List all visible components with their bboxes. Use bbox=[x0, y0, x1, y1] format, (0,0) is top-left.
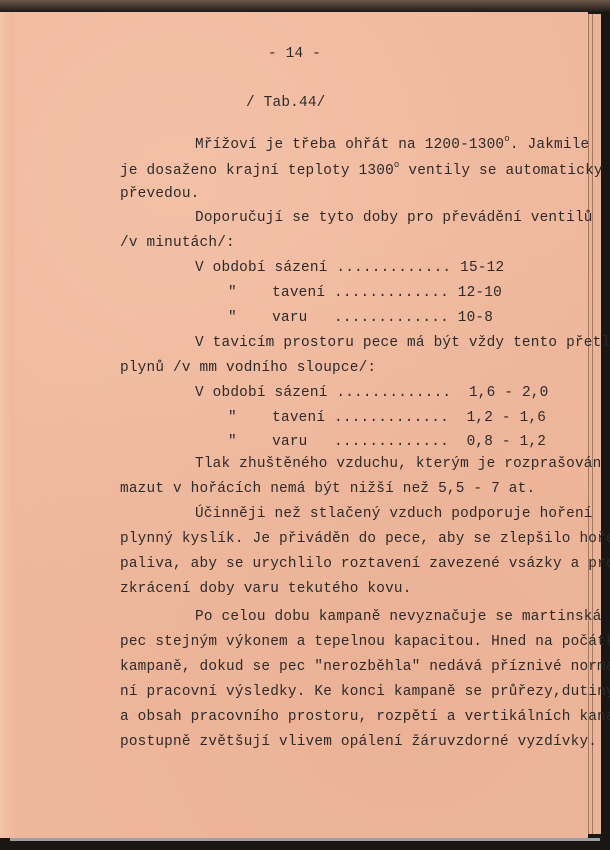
paragraph-6-line-1: Po celou dobu kampaně nevyznačuje se mar… bbox=[195, 609, 601, 625]
paragraph-6-line-4: ní pracovní výsledky. Ke konci kampaně s… bbox=[120, 684, 610, 700]
row-value: 10-8 bbox=[458, 310, 493, 326]
row-label: V období sázení bbox=[195, 260, 328, 276]
paragraph-2-line-2: /v minutách/: bbox=[120, 235, 235, 251]
paragraph-6-line-2: pec stejným výkonem a tepelnou kapacitou… bbox=[120, 634, 610, 650]
scan-top-border bbox=[0, 0, 610, 12]
dot-leader: ............. bbox=[334, 434, 449, 450]
dot-leader: ............. bbox=[334, 410, 449, 426]
dot-leader: ............. bbox=[336, 260, 451, 276]
pressure-row: " varu ............. 0,8 - 1,2 bbox=[228, 434, 546, 450]
pressure-row: " tavení ............. 1,2 - 1,6 bbox=[228, 410, 546, 426]
row-label: " varu bbox=[228, 310, 308, 326]
row-value: 0,8 - 1,2 bbox=[467, 434, 547, 450]
paragraph-6-line-3: kampaně, dokud se pec "nerozběhla" nedáv… bbox=[120, 659, 610, 675]
paragraph-2-line-1: Doporučují se tyto doby pro převádění ve… bbox=[195, 210, 593, 226]
paragraph-1-line-1: Mřížoví je třeba ohřát na 1200-1300o. Ja… bbox=[195, 134, 589, 153]
paragraph-6-line-6: postupně zvětšují vlivem opálení žáruvzd… bbox=[120, 734, 597, 750]
dot-leader: ............. bbox=[334, 285, 449, 301]
valve-time-row: " varu ............. 10-8 bbox=[228, 310, 493, 326]
text-run: ventily se automaticky bbox=[400, 163, 603, 179]
text-run: . Jakmile bbox=[510, 137, 590, 153]
paragraph-3-line-1: V tavicím prostoru pece má být vždy tent… bbox=[195, 335, 610, 351]
paragraph-5-line-4: zkrácení doby varu tekutého kovu. bbox=[120, 581, 412, 597]
row-value: 12-10 bbox=[458, 285, 502, 301]
row-label: " tavení bbox=[228, 285, 325, 301]
page-number: - 14 - bbox=[268, 46, 321, 62]
paragraph-3-line-2: plynů /v mm vodního sloupce/: bbox=[120, 360, 376, 376]
paragraph-1-line-3: převedou. bbox=[120, 186, 200, 202]
row-label: V období sázení bbox=[195, 385, 328, 401]
row-value: 15-12 bbox=[460, 260, 504, 276]
page-left-edge bbox=[0, 12, 14, 838]
row-value: 1,6 - 2,0 bbox=[469, 385, 549, 401]
pressure-row: V období sázení ............. 1,6 - 2,0 bbox=[195, 385, 548, 401]
valve-time-row: " tavení ............. 12-10 bbox=[228, 285, 502, 301]
dot-leader: ............. bbox=[336, 385, 451, 401]
paragraph-6-line-5: a obsah pracovního prostoru, rozpětí a v… bbox=[120, 709, 610, 725]
row-label: " varu bbox=[228, 434, 308, 450]
paragraph-4-line-2: mazut v hořácích nemá být nižší než 5,5 … bbox=[120, 481, 535, 497]
paragraph-5-line-2: plynný kyslík. Je přiváděn do pece, aby … bbox=[120, 531, 610, 547]
row-value: 1,2 - 1,6 bbox=[467, 410, 547, 426]
paragraph-1-line-2: je dosaženo krajní teploty 1300o ventily… bbox=[120, 160, 603, 179]
scan-bottom-edge bbox=[10, 838, 600, 841]
valve-time-row: V období sázení ............. 15-12 bbox=[195, 260, 504, 276]
dot-leader: ............. bbox=[334, 310, 449, 326]
paragraph-5-line-3: paliva, aby se urychlilo roztavení zavez… bbox=[120, 556, 610, 572]
paragraph-4-line-1: Tlak zhuštěného vzduchu, kterým je rozpr… bbox=[195, 456, 601, 472]
paragraph-5-line-1: Účinněji než stlačený vzduch podporuje h… bbox=[195, 506, 593, 522]
text-run: Mřížoví je třeba ohřát na 1200-1300 bbox=[195, 137, 504, 153]
text-run: je dosaženo krajní teploty 1300 bbox=[120, 163, 394, 179]
table-reference: / Tab.44/ bbox=[246, 95, 326, 111]
row-label: " tavení bbox=[228, 410, 325, 426]
